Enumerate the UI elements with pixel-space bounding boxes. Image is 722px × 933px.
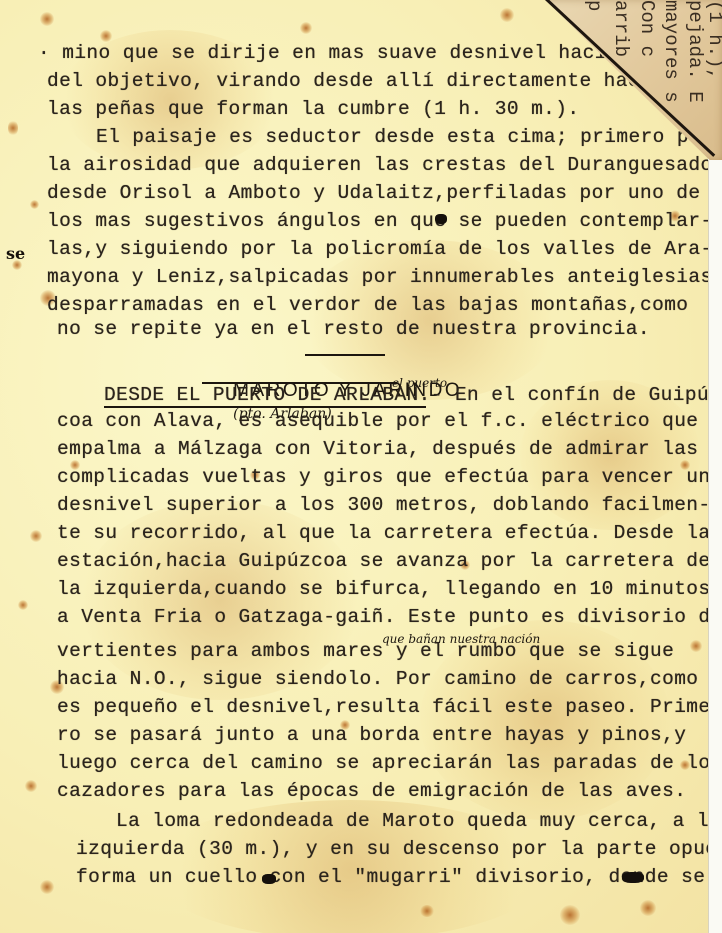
line-4: El paisaje es seductor desde esta cima; … [96, 126, 689, 148]
handwritten-el-puerto: el puerto [392, 376, 447, 390]
line-9: mayona y Leniz,salpicadas por innumerabl… [47, 266, 708, 288]
line-29: forma un cuello con el "mugarri" divisor… [76, 866, 705, 888]
margin-annotation: se [6, 244, 25, 263]
corner-text-line: Con c [636, 0, 658, 57]
scan-margin [708, 160, 722, 933]
line-13: coa con Alava, es asequible por el f.c. … [57, 410, 698, 432]
line-23: es pequeño el desnivel,resulta fácil est… [57, 696, 708, 718]
line-6: desde Orisol a Amboto y Udalaitz,perfila… [47, 182, 701, 204]
corner-text-line: (1 h.), [704, 0, 722, 80]
line-24: ro se pasará junto a una borda entre hay… [57, 724, 686, 746]
line-5: la airosidad que adquieren las crestas d… [47, 154, 708, 176]
line-14: empalma a Málzaga con Vitoria, después d… [57, 438, 698, 460]
line-15: complicadas vueltas y giros que efectúa … [57, 466, 708, 488]
line-18: estación,hacia Guipúzcoa se avanza por l… [57, 550, 708, 572]
corner-text-line: p [583, 0, 605, 11]
line-10: desparramadas en el verdor de las bajas … [47, 294, 688, 316]
corner-text-line: mayores s [660, 0, 682, 103]
line-26: cazadores para las épocas de emigración … [57, 780, 686, 802]
heading-overline [305, 354, 385, 356]
line-11: no se repite ya en el resto de nuestra p… [57, 318, 650, 340]
line-7: los mas sugestivos ángulos en que se pue… [47, 210, 708, 232]
subheading-underline [104, 406, 426, 408]
document-page: · mino que se dirije en mas suave desniv… [0, 0, 708, 933]
line-17: te su recorrido, al que la carretera efe… [57, 522, 708, 544]
line-16: desnivel superior a los 300 metros, dobl… [57, 494, 708, 516]
text-line: · mino que se dirije en mas suave desniv… [38, 42, 619, 64]
line-27: La loma redondeada de Maroto queda muy c… [116, 810, 708, 832]
line-19: la izquierda,cuando se bifurca, llegando… [57, 578, 708, 600]
line-8: las,y siguiendo por la policromía de los… [47, 238, 708, 260]
line-28: izquierda (30 m.), y en su descenso por … [76, 838, 708, 860]
line-20: a Venta Fria o Gatzaga-gaiñ. Este punto … [57, 606, 708, 628]
line-1: mino que se dirije en mas suave desnivel… [62, 42, 619, 64]
line-3: las peñas que forman la cumbre (1 h. 30 … [47, 98, 579, 120]
line-22: hacia N.O., sigue siendolo. Por camino d… [57, 668, 698, 690]
line-25: luego cerca del camino se apreciarán las… [57, 752, 708, 774]
ink-blot [622, 872, 644, 883]
corner-text-line: arrib [610, 0, 632, 57]
line-2: del objetivo, virando desde allí directa… [47, 70, 640, 92]
corner-text-line: pejada. E [684, 0, 706, 103]
ink-blot [262, 874, 276, 884]
line-21: vertientes para ambos mares y el rumbo q… [57, 640, 674, 662]
ink-blot [435, 214, 447, 224]
